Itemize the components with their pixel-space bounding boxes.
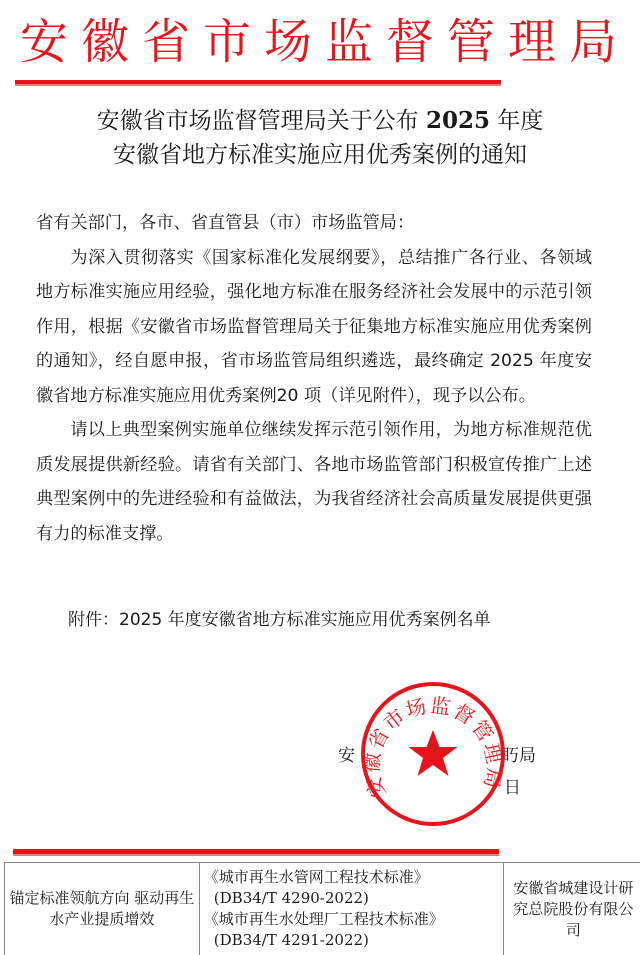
masthead-title: 安徽省市场监督管理局	[10, 12, 640, 72]
document-body: 省有关部门，各市、省直管县（市）市场监管局： 为深入贯彻落实《国家标准化发展纲要…	[36, 206, 592, 551]
masthead-red-rule-shadow	[15, 84, 501, 86]
paragraph-2: 请以上典型案例实施单位继续发挥示范引领作用，为地方标准规范优质发展提供新经验。请…	[36, 413, 592, 551]
attachment-link[interactable]: 附件：2025 年度安徽省地方标准实施应用优秀案例名单	[68, 605, 491, 630]
document-title-line2: 安徽省地方标准实施应用优秀案例的通知	[0, 138, 640, 172]
standard-name: 《城市再生水处理厂工程技术标准》	[204, 909, 499, 930]
official-seal: 安徽省市场监督管理局	[359, 680, 507, 828]
signature-left-fragment: 安	[338, 741, 355, 766]
paragraph-1: 为深入贯彻落实《国家标准化发展纲要》，总结推广各行业、各领域地方标准实施应用经验…	[36, 241, 592, 414]
document-title: 安徽省市场监督管理局关于公布 2025 年度 安徽省地方标准实施应用优秀案例的通…	[0, 104, 640, 172]
standard-code: (DB34/T 4291-2022)	[204, 930, 499, 951]
red-star-icon	[409, 730, 458, 776]
document-title-line1: 安徽省市场监督管理局关于公布 2025 年度	[0, 104, 640, 138]
masthead: 安徽省市场监督管理局	[0, 12, 640, 72]
footer-red-rule-shadow	[13, 854, 499, 856]
table-row: 锚定标准领航方向 驱动再生水产业提质增效 《城市再生水管网工程技术标准》 (DB…	[5, 863, 640, 955]
cases-table: 锚定标准领航方向 驱动再生水产业提质增效 《城市再生水管网工程技术标准》 (DB…	[4, 862, 640, 955]
standard-name: 《城市再生水管网工程技术标准》	[204, 867, 499, 888]
standards-cell: 《城市再生水管网工程技术标准》 (DB34/T 4290-2022) 《城市再生…	[199, 863, 503, 955]
title-year: 2025	[426, 107, 490, 134]
unit-cell: 安徽省城建设计研究总院股份有限公司	[503, 863, 640, 955]
salutation: 省有关部门，各市、省直管县（市）市场监管局：	[36, 206, 592, 241]
standard-code: (DB34/T 4290-2022)	[204, 888, 499, 909]
signature-right-fragment: 䀎局	[502, 741, 536, 766]
case-name-cell: 锚定标准领航方向 驱动再生水产业提质增效	[5, 863, 200, 955]
